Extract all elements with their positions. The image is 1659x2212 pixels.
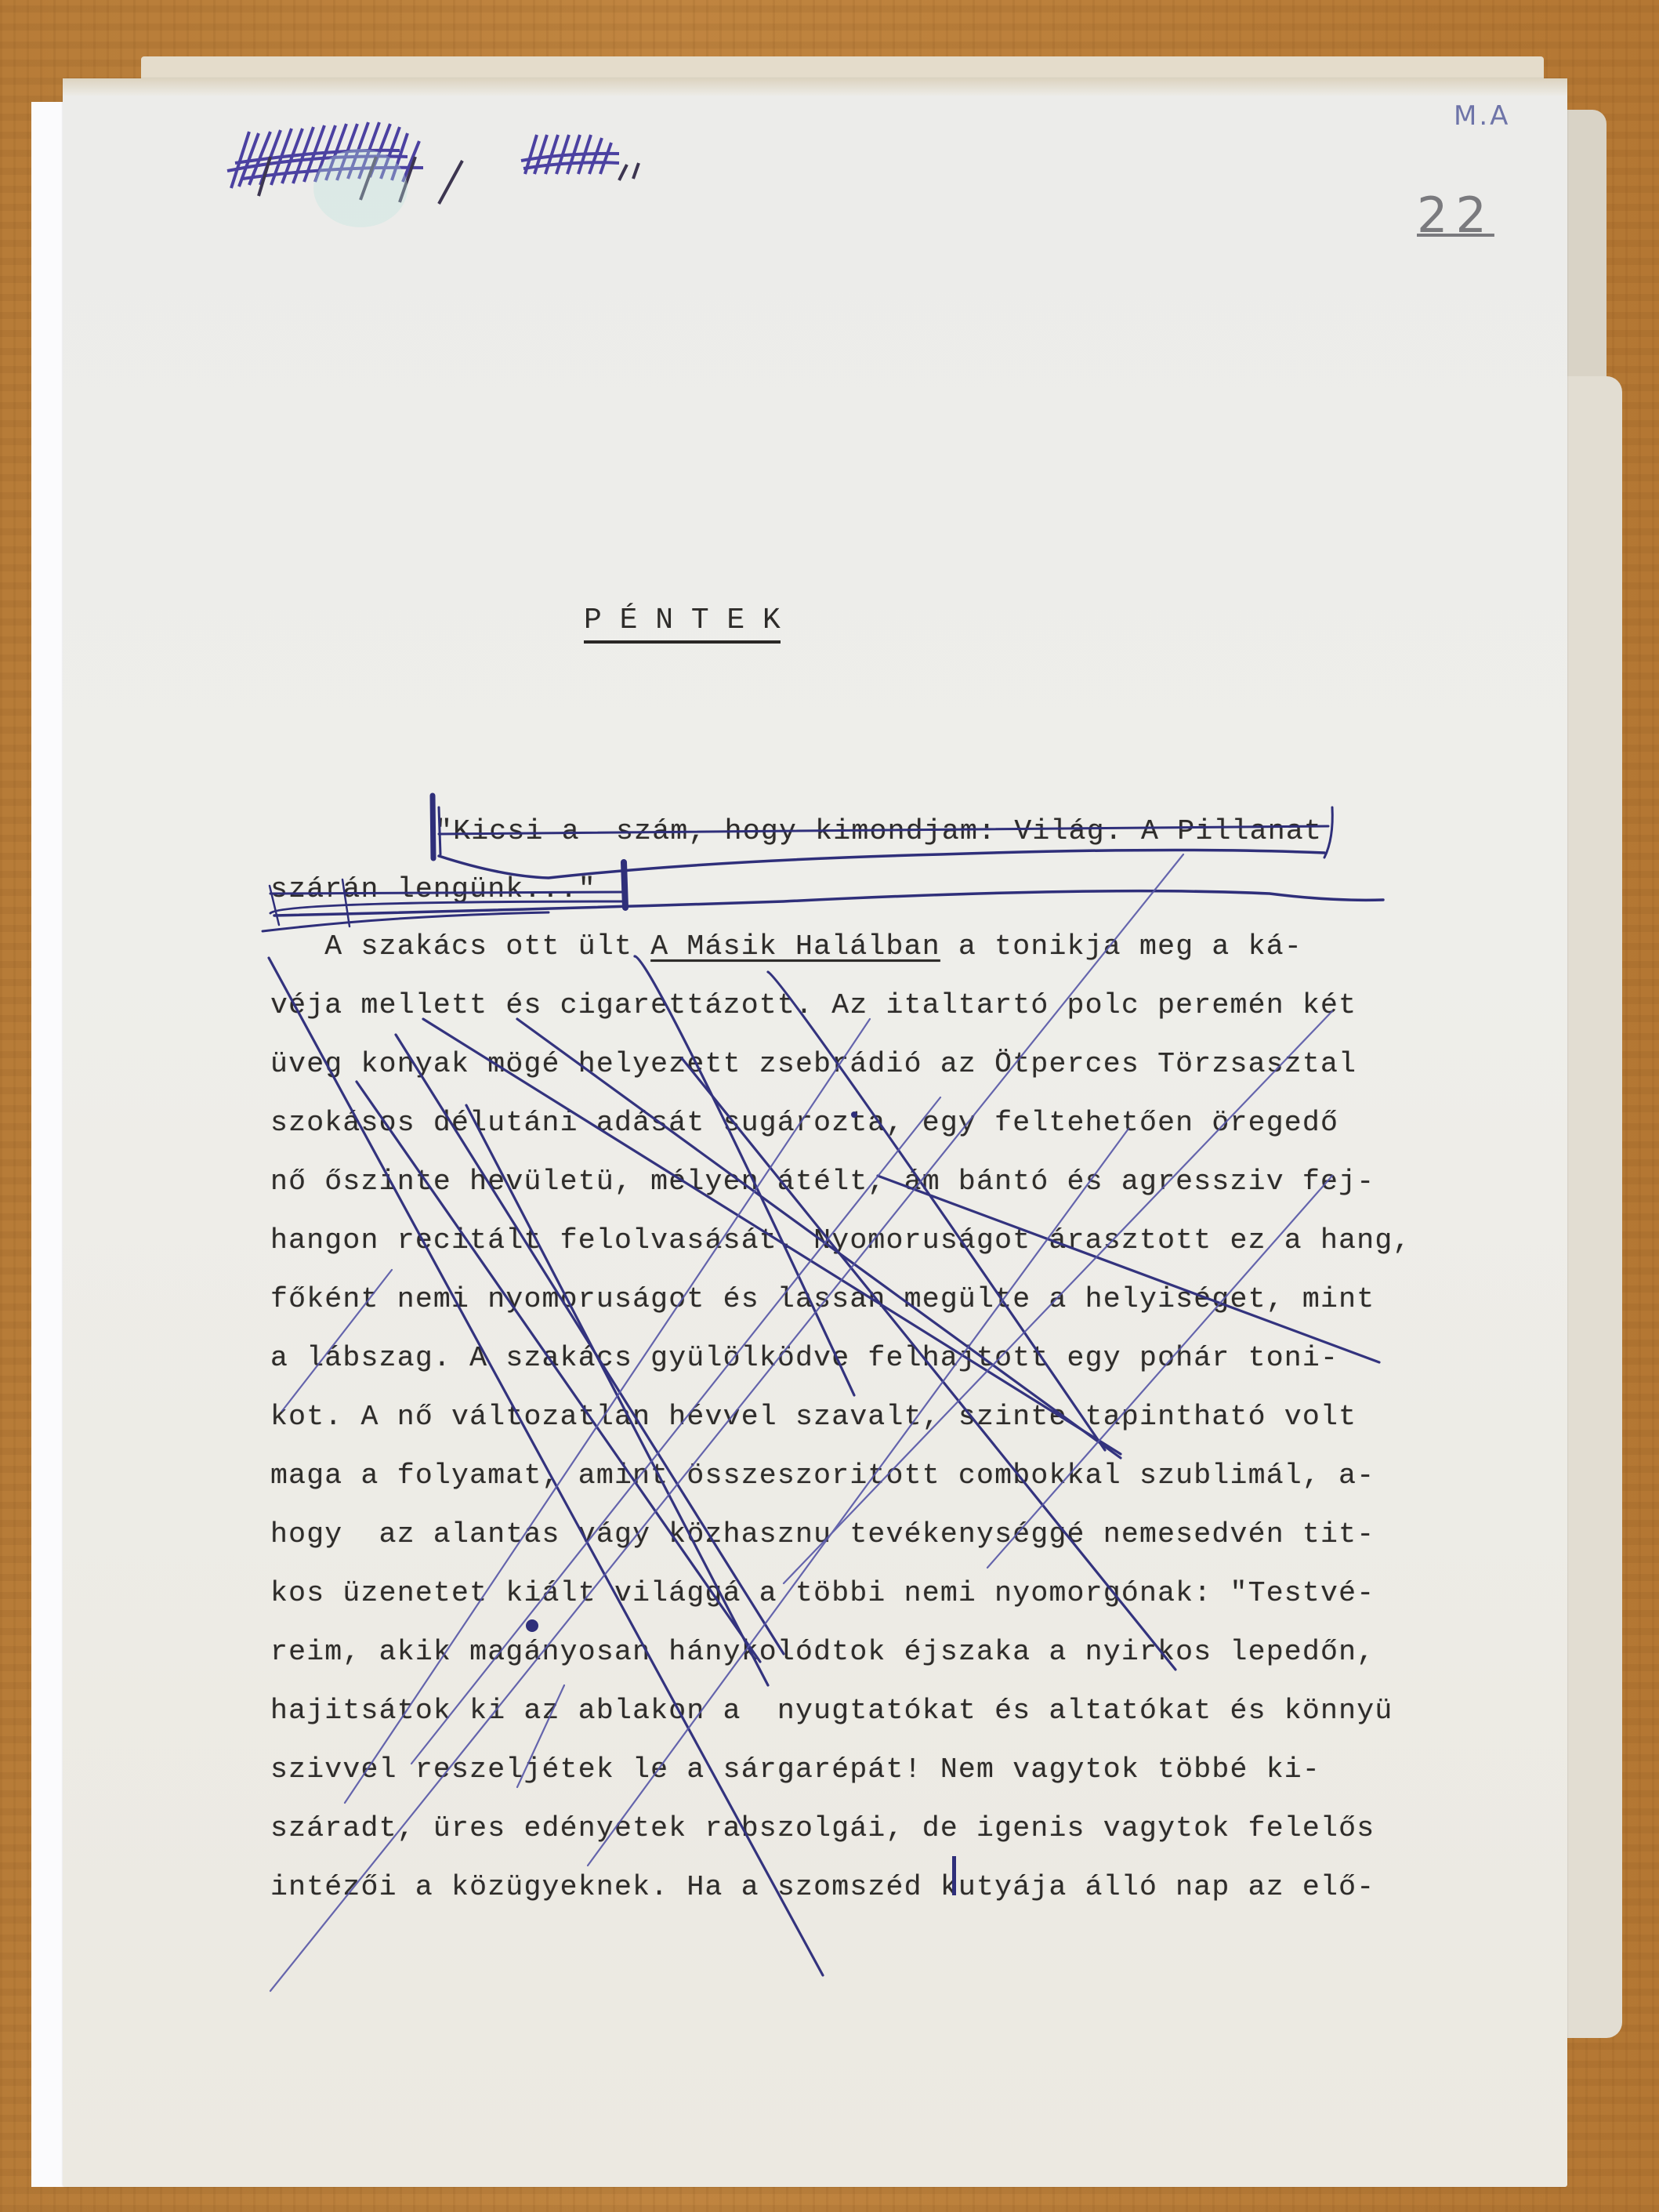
body-line-13: reim, akik magányosan hánykolódtok éjsza… bbox=[270, 1638, 1375, 1667]
body-line-6: hangon recitált felolvasását. Nyomoruság… bbox=[270, 1227, 1411, 1256]
body-line-11: hogy az alantas vágy közhasznu tevékenys… bbox=[270, 1521, 1375, 1550]
body-line-15: szivvel reszeljétek le a sárgarépát! Nem… bbox=[270, 1756, 1320, 1785]
body-line-14: hajitsátok ki az ablakon a nyugtatókat é… bbox=[270, 1697, 1393, 1726]
body-line-1: A szakács ott ült A Másik Halálban a ton… bbox=[270, 933, 1302, 962]
body-line-4: szokásos délutáni adását sugározta, egy … bbox=[270, 1109, 1338, 1138]
page-number: 22 bbox=[1417, 187, 1494, 244]
body-line-2: véja mellett és cigarettázott. Az italta… bbox=[270, 992, 1357, 1021]
archive-mark: M.A bbox=[1454, 100, 1510, 132]
body-line-8: a lábszag. A szakács gyülölködve felhajt… bbox=[270, 1344, 1338, 1373]
body-line-17: intézői a közügyeknek. Ha a szomszéd kut… bbox=[270, 1873, 1375, 1902]
body-line-7: főként nemi nyomoruságot és lassan megül… bbox=[270, 1285, 1375, 1315]
body-text: a tonikja meg a ká- bbox=[940, 930, 1302, 963]
body-text: A szakács ott ült bbox=[270, 930, 650, 963]
body-line-5: nő őszinte hevületü, mélyen átélt, ám bá… bbox=[270, 1168, 1375, 1197]
page-edge bbox=[63, 78, 1567, 96]
body-line-9: kot. A nő változatlan hévvel szavalt, sz… bbox=[270, 1403, 1357, 1432]
body-line-3: üveg konyak mögé helyezett zsebrádió az … bbox=[270, 1050, 1357, 1079]
epigraph-line-1: "Kicsi a szám, hogy kimondjam: Világ. A … bbox=[435, 818, 1322, 847]
body-line-12: kos üzenetet kiált világgá a többi nemi … bbox=[270, 1579, 1375, 1608]
page-title: P É N T E K bbox=[584, 604, 781, 644]
book-title: A Másik Halálban bbox=[650, 930, 940, 963]
body-line-16: száradt, üres edényetek rabszolgái, de i… bbox=[270, 1815, 1375, 1844]
epigraph-line-2: szárán lengünk..." bbox=[270, 876, 596, 905]
body-line-10: maga a folyamat, amint összeszoritott co… bbox=[270, 1462, 1375, 1491]
